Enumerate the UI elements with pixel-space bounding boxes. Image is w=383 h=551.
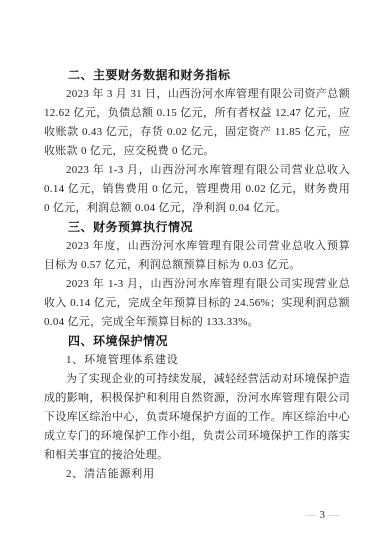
page-number: —3— [295,493,340,538]
paragraph: 2023 年 3 月 31 日，山西汾河水库管理有限公司资产总额 12.62 亿… [44,85,350,161]
page-number-value: 3 [317,509,329,521]
paragraph: 为了实现企业的可持续发展，减轻经营活动对环境保护造成的影响，积极保护和利用自然资… [44,370,350,465]
page-number-right-dash: — [328,509,339,521]
document-page: 二、主要财务数据和财务指标 2023 年 3 月 31 日，山西汾河水库管理有限… [0,0,383,551]
section-heading-financial-data: 二、主要财务数据和财务指标 [44,66,350,85]
paragraph: 2023 年度，山西汾河水库管理有限公司营业总收入预算目标为 0.57 亿元，利… [44,237,350,275]
section-heading-budget-execution: 三、财务预算执行情况 [44,218,350,237]
paragraph: 2023 年 1-3 月，山西汾河水库管理有限公司营业总收入 0.14 亿元，销… [44,161,350,218]
section-heading-environment: 四、环境保护情况 [44,332,350,351]
page-number-left-dash: — [306,509,317,521]
subsection-heading-clean-energy: 2、清洁能源利用 [44,465,350,484]
paragraph: 2023 年 1-3 月，山西汾河水库管理有限公司实现营业总收入 0.14 亿元… [44,275,350,332]
document-content: 二、主要财务数据和财务指标 2023 年 3 月 31 日，山西汾河水库管理有限… [44,66,350,484]
subsection-heading-env-management: 1、环境管理体系建设 [44,351,350,370]
